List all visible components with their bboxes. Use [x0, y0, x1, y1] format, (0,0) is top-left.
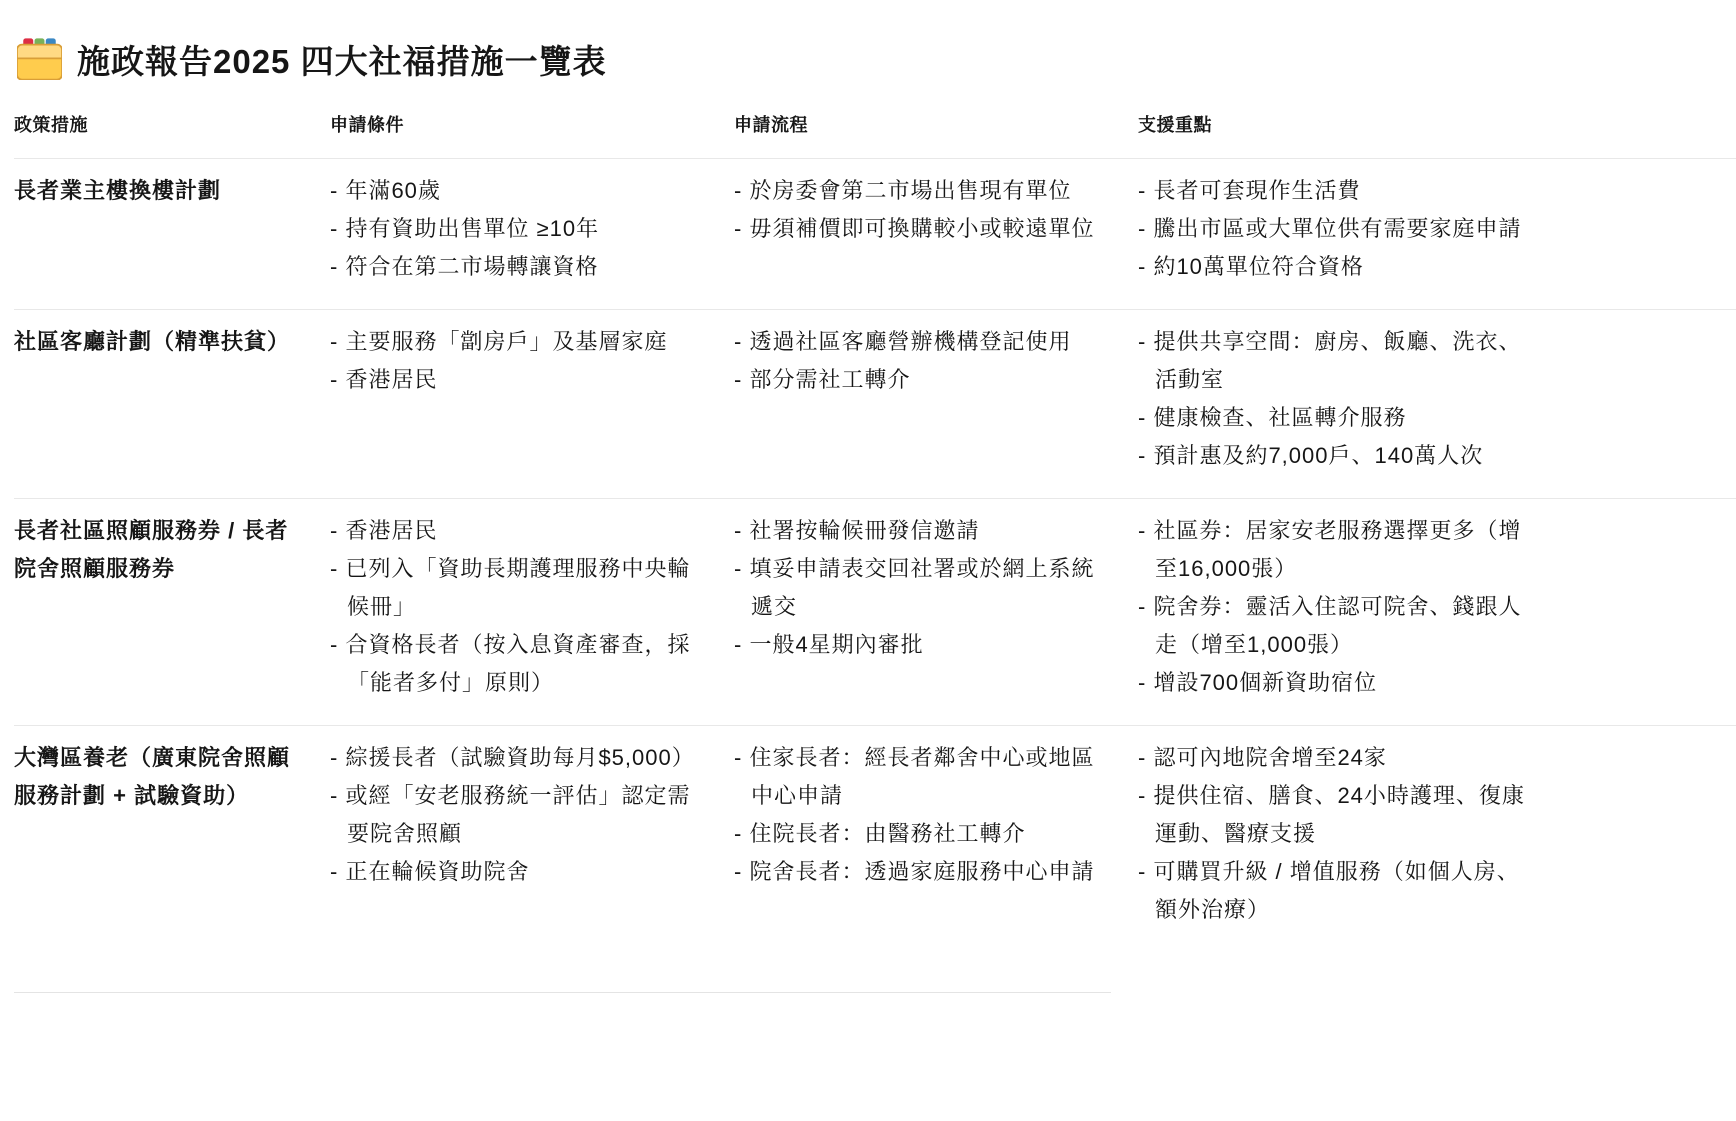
bullet-item: - 增設700個新資助宿位 [1138, 664, 1534, 702]
process-cell: - 社署按輪候冊發信邀請- 填妥申請表交回社署或於網上系統遞交- 一般4星期內審… [734, 512, 1138, 702]
column-header: 申請流程 [734, 111, 1138, 158]
bullet-item: - 毋須補價即可換購較小或較遠單位 [734, 210, 1114, 248]
bullet-item: - 符合在第二市場轉讓資格 [330, 248, 710, 286]
process-cell: - 住家長者：經長者鄰舍中心或地區中心申請- 住院長者：由醫務社工轉介- 院舍長… [734, 739, 1138, 929]
bullet-item: - 香港居民 [330, 512, 710, 550]
bullet-item: - 健康檢查、社區轉介服務 [1138, 399, 1534, 437]
table-header-row: 政策措施申請條件申請流程支援重點 [14, 111, 1736, 158]
bullet-item: - 綜援長者（試驗資助每月$5,000） [330, 739, 710, 777]
table-row: 社區客廳計劃（精準扶貧）- 主要服務「劏房戶」及基層家庭- 香港居民- 透過社區… [14, 309, 1736, 498]
policy-name: 社區客廳計劃（精準扶貧） [14, 323, 330, 475]
bullet-item: - 約10萬單位符合資格 [1138, 248, 1534, 286]
table-row: 長者社區照顧服務券 / 長者院舍照顧服務券- 香港居民- 已列入「資助長期護理服… [14, 498, 1736, 725]
bullet-item: - 院舍券：靈活入住認可院舍、錢跟人走（增至1,000張） [1138, 588, 1534, 664]
column-header: 支援重點 [1138, 111, 1550, 158]
bullet-item: - 於房委會第二市場出售現有單位 [734, 172, 1114, 210]
process-cell: - 透過社區客廳營辦機構登記使用- 部分需社工轉介 [734, 323, 1138, 475]
bullet-item: - 住家長者：經長者鄰舍中心或地區中心申請 [734, 739, 1114, 815]
bullet-item: - 一般4星期內審批 [734, 626, 1114, 664]
bullet-item: - 持有資助出售單位 ≥10年 [330, 210, 710, 248]
bullet-item: - 香港居民 [330, 361, 710, 399]
bullet-item: - 騰出市區或大單位供有需要家庭申請 [1138, 210, 1534, 248]
table-row: 大灣區養老（廣東院舍照顧服務計劃 + 試驗資助）- 綜援長者（試驗資助每月$5,… [14, 725, 1736, 952]
bullet-item: - 提供共享空間：廚房、飯廳、洗衣、活動室 [1138, 323, 1534, 399]
conditions-cell: - 年滿60歲- 持有資助出售單位 ≥10年- 符合在第二市場轉讓資格 [330, 172, 734, 286]
bullet-item: - 年滿60歲 [330, 172, 710, 210]
bullet-item: - 部分需社工轉介 [734, 361, 1114, 399]
bullet-item: - 或經「安老服務統一評估」認定需要院舍照顧 [330, 777, 710, 853]
bullet-item: - 住院長者：由醫務社工轉介 [734, 815, 1114, 853]
support-cell: - 社區券：居家安老服務選擇更多（增至16,000張）- 院舍券：靈活入住認可院… [1138, 512, 1550, 702]
policy-name: 長者社區照顧服務券 / 長者院舍照顧服務券 [14, 512, 330, 702]
policy-name: 長者業主樓換樓計劃 [14, 172, 330, 286]
support-cell: - 長者可套現作生活費- 騰出市區或大單位供有需要家庭申請- 約10萬單位符合資… [1138, 172, 1550, 286]
conditions-cell: - 香港居民- 已列入「資助長期護理服務中央輪候冊」- 合資格長者（按入息資產審… [330, 512, 734, 702]
support-cell: - 提供共享空間：廚房、飯廳、洗衣、活動室- 健康檢查、社區轉介服務- 預計惠及… [1138, 323, 1550, 475]
bullet-item: - 社署按輪候冊發信邀請 [734, 512, 1114, 550]
table-body: 長者業主樓換樓計劃- 年滿60歲- 持有資助出售單位 ≥10年- 符合在第二市場… [14, 158, 1736, 952]
conditions-cell: - 綜援長者（試驗資助每月$5,000）- 或經「安老服務統一評估」認定需要院舍… [330, 739, 734, 929]
card-index-dividers-icon [17, 38, 62, 80]
policy-name: 大灣區養老（廣東院舍照顧服務計劃 + 試驗資助） [14, 739, 330, 929]
bullet-item: - 認可內地院舍增至24家 [1138, 739, 1534, 777]
column-header: 申請條件 [330, 111, 734, 158]
bullet-item: - 院舍長者：透過家庭服務中心申請 [734, 853, 1114, 891]
table-row: 長者業主樓換樓計劃- 年滿60歲- 持有資助出售單位 ≥10年- 符合在第二市場… [14, 158, 1736, 309]
bullet-item: - 主要服務「劏房戶」及基層家庭 [330, 323, 710, 361]
bullet-item: - 正在輪候資助院舍 [330, 853, 710, 891]
bullet-item: - 已列入「資助長期護理服務中央輪候冊」 [330, 550, 710, 626]
column-header: 政策措施 [14, 111, 330, 158]
bullet-item: - 填妥申請表交回社署或於網上系統遞交 [734, 550, 1114, 626]
process-cell: - 於房委會第二市場出售現有單位- 毋須補價即可換購較小或較遠單位 [734, 172, 1138, 286]
bullet-item: - 長者可套現作生活費 [1138, 172, 1534, 210]
bullet-item: - 預計惠及約7,000戶、140萬人次 [1138, 437, 1534, 475]
bullet-item: - 提供住宿、膳食、24小時護理、復康運動、醫療支援 [1138, 777, 1534, 853]
page-title: 施政報告2025 四大社福措施一覽表 [77, 36, 607, 83]
bullet-item: - 可購買升級 / 增值服務（如個人房、額外治療） [1138, 853, 1534, 929]
bullet-item: - 社區券：居家安老服務選擇更多（增至16,000張） [1138, 512, 1534, 588]
document-page: 施政報告2025 四大社福措施一覽表 政策措施申請條件申請流程支援重點 長者業主… [0, 0, 1736, 993]
bullet-item: - 合資格長者（按入息資產審查，採「能者多付」原則） [330, 626, 710, 702]
bullet-item: - 透過社區客廳營辦機構登記使用 [734, 323, 1114, 361]
support-cell: - 認可內地院舍增至24家- 提供住宿、膳食、24小時護理、復康運動、醫療支援-… [1138, 739, 1550, 929]
page-header: 施政報告2025 四大社福措施一覽表 [17, 34, 1736, 84]
conditions-cell: - 主要服務「劏房戶」及基層家庭- 香港居民 [330, 323, 734, 475]
bottom-divider [14, 992, 1111, 993]
